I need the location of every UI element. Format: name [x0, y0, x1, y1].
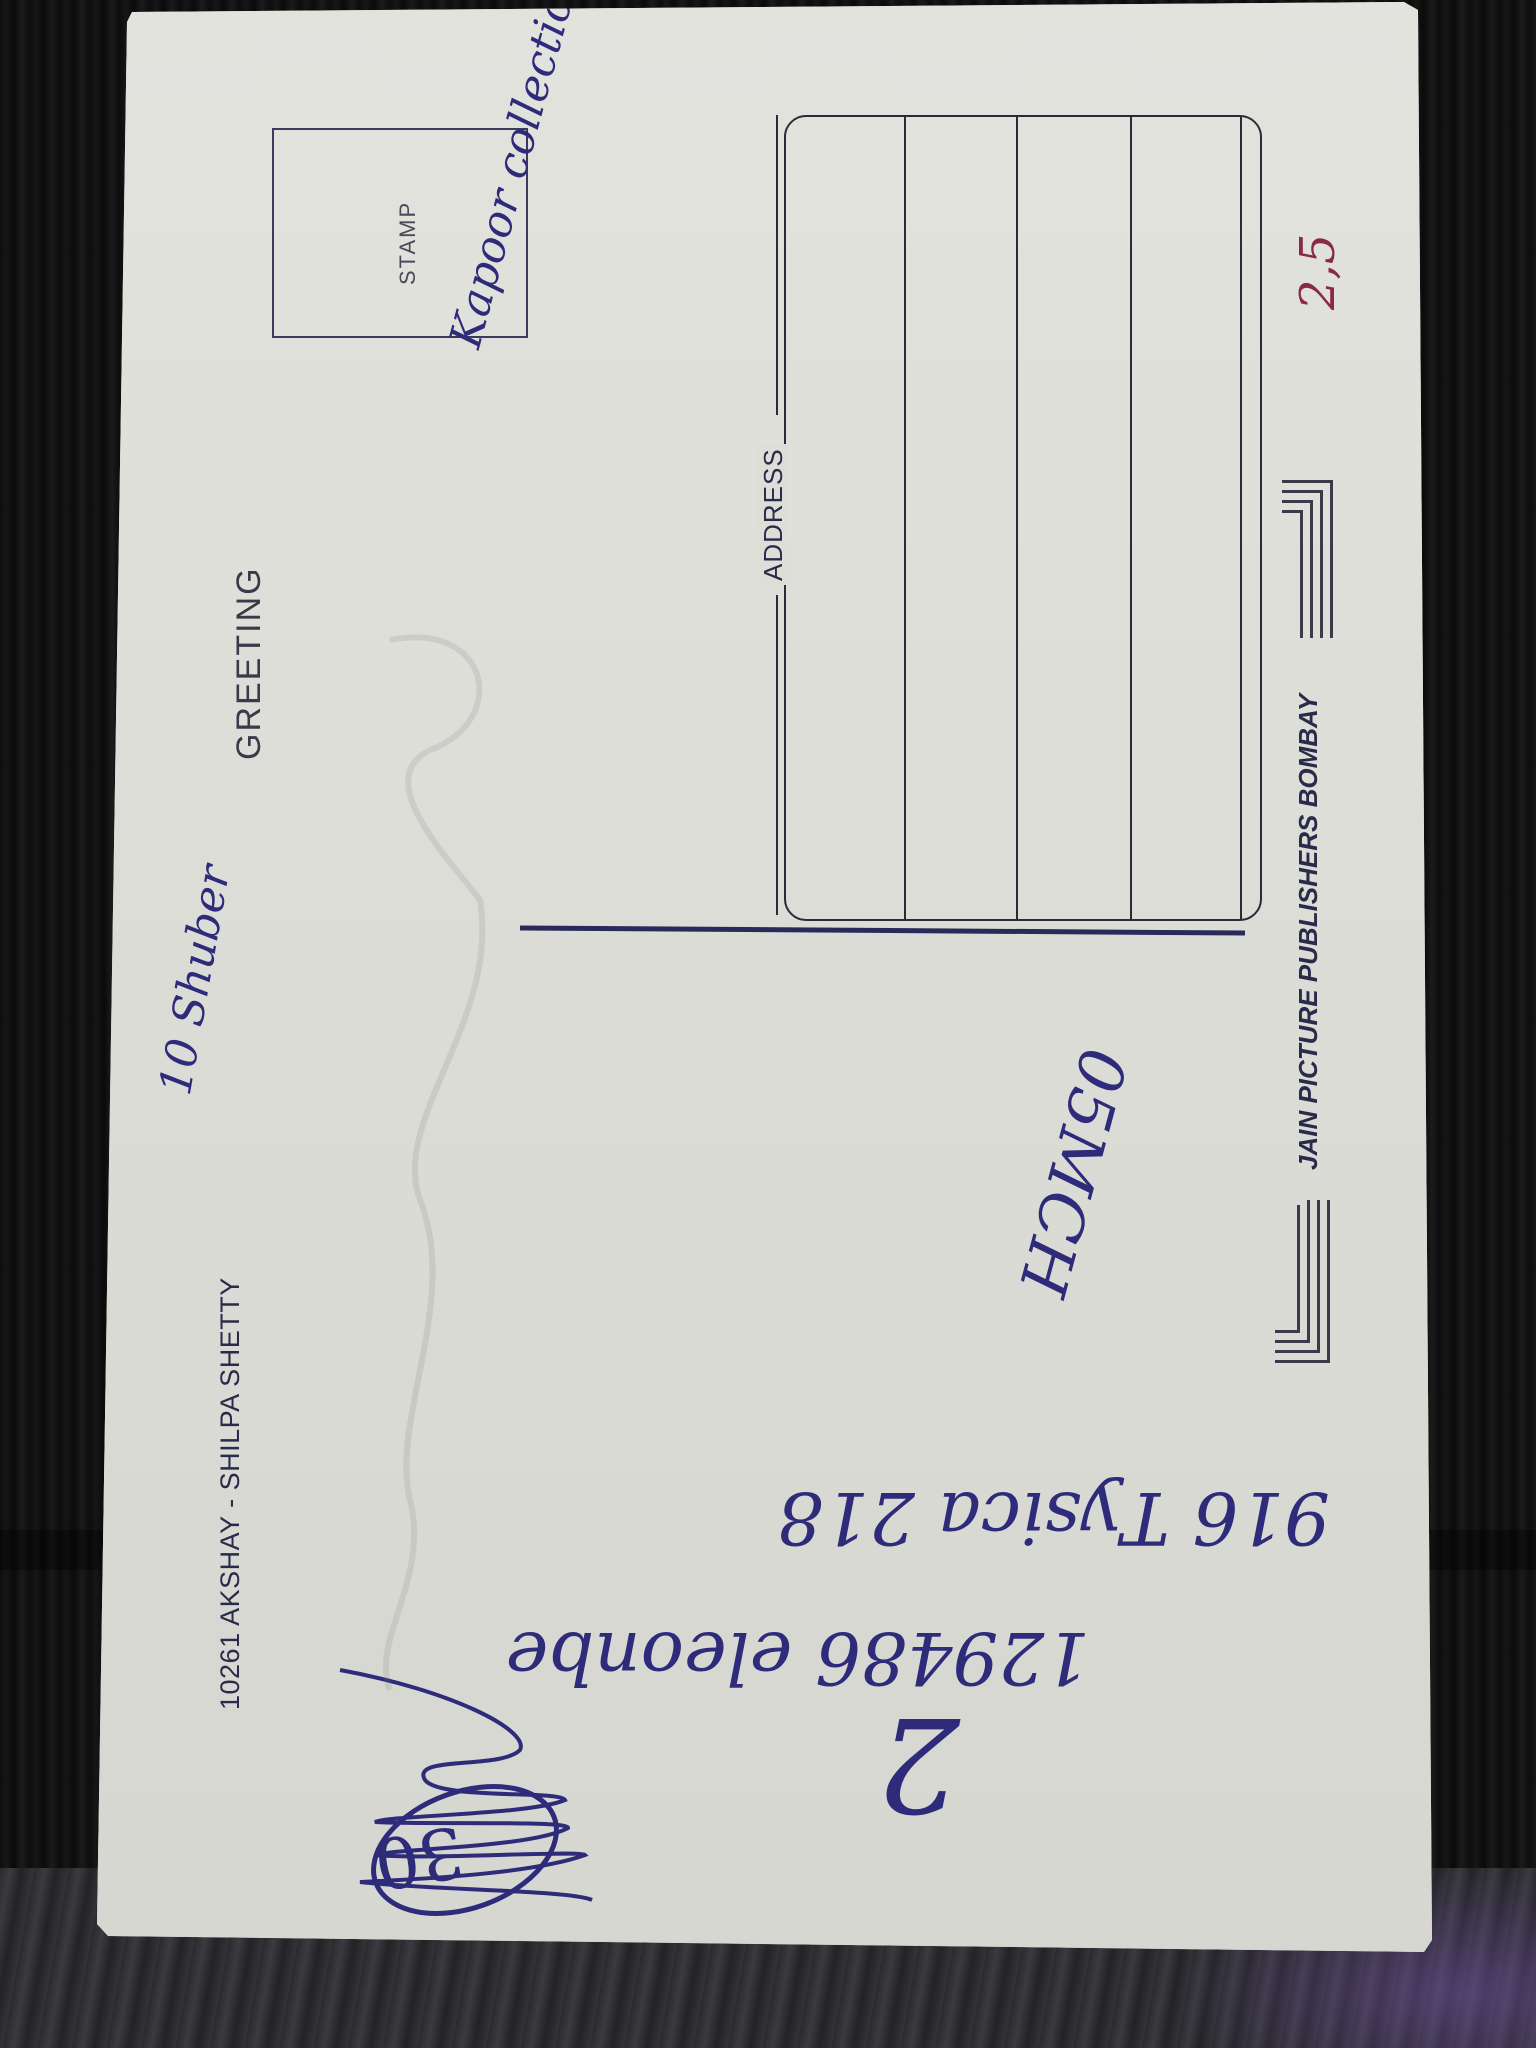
handwriting-bottom-line-2: 916 Tysica 218 [777, 1476, 1330, 1560]
publisher-logo-bottom [1275, 1200, 1330, 1360]
address-line-1 [904, 117, 906, 919]
address-box [784, 115, 1262, 921]
handwriting-bottom-number: 2 [877, 1688, 960, 1840]
greeting-text: GREETING [230, 566, 268, 760]
greeting-label: GREETING [230, 566, 269, 760]
postcard-caption: 10261 AKSHAY - SHILPA SHETTY [215, 1277, 246, 1710]
handwriting-price: 2,5 [1290, 234, 1346, 310]
circled-number-text: 30 [368, 1809, 470, 1905]
publisher-text: JAIN PICTURE PUBLISHERS BOMBAY [1293, 694, 1323, 1170]
publisher-logo-top [1282, 480, 1332, 640]
address-text: ADDRESS [758, 448, 788, 581]
address-label: ADDRESS [758, 444, 789, 585]
pencil-scribble [330, 600, 530, 1700]
address-label-line-bottom [776, 595, 778, 915]
bottom-number-text: 2 [877, 1688, 960, 1840]
postcard: 10261 AKSHAY - SHILPA SHETTY GREETING ST… [0, 0, 1536, 2048]
circled-number: 30 [368, 1809, 470, 1905]
address-line-2 [1016, 117, 1018, 919]
caption-text: 10261 AKSHAY - SHILPA SHETTY [215, 1277, 245, 1710]
price-text: 2,5 [1290, 234, 1346, 310]
address-line-4 [1240, 117, 1242, 919]
address-line-3 [1130, 117, 1132, 919]
bottom-line-2-text: 916 Tysica 218 [777, 1476, 1330, 1560]
stamp-label: STAMP [395, 201, 421, 285]
stamp-text: STAMP [395, 201, 420, 285]
publisher-name: JAIN PICTURE PUBLISHERS BOMBAY [1293, 694, 1324, 1170]
address-label-line-top [776, 115, 778, 415]
